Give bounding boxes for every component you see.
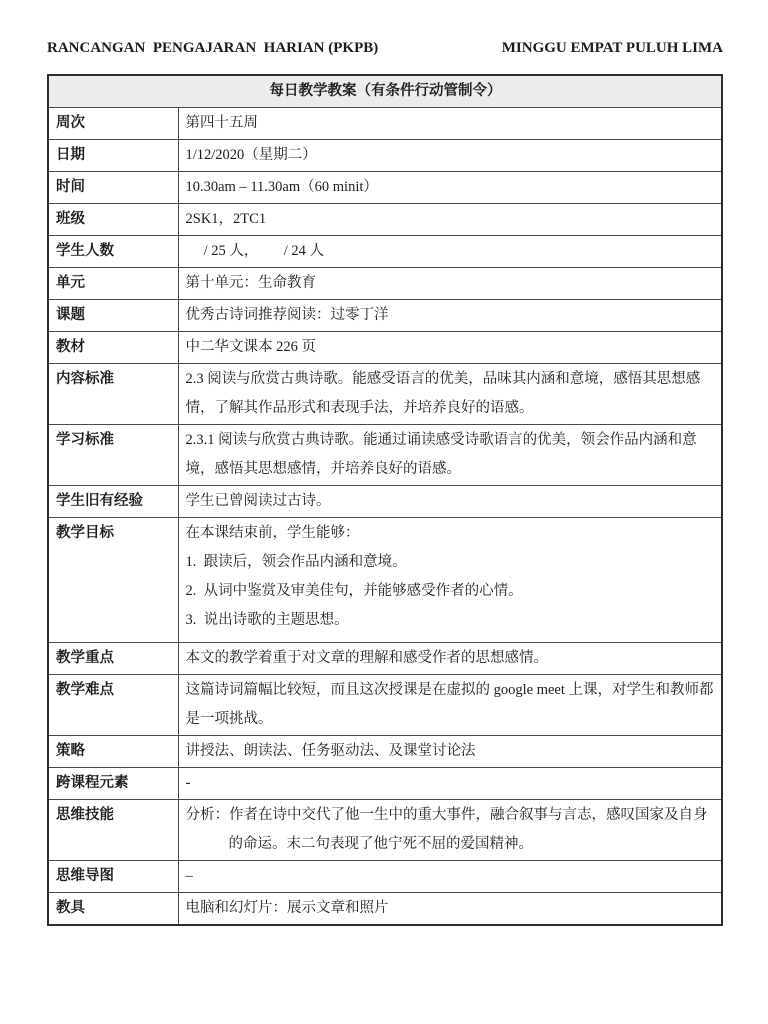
table-row-learning-standard: 学习标准 2.3.1 阅读与欣赏古典诗歌。能通过诵读感受诗歌语言的优美，领会作品… — [48, 425, 722, 486]
row-label: 思维导图 — [48, 861, 178, 893]
table-row-prior-experience: 学生旧有经验 学生已曾阅读过古诗。 — [48, 486, 722, 518]
row-label: 课题 — [48, 300, 178, 332]
row-label: 学习标准 — [48, 425, 178, 486]
row-value: 本文的教学着重于对文章的理解和感受作者的思想感情。 — [178, 643, 722, 675]
row-value: 这篇诗词篇幅比较短，而且这次授课是在虚拟的 google meet 上课，对学生… — [178, 675, 722, 736]
row-value: / 25 人， / 24 人 — [178, 236, 722, 268]
row-label: 内容标准 — [48, 364, 178, 425]
table-row-material: 教材 中二华文课本 226 页 — [48, 332, 722, 364]
table-row-week: 周次 第四十五周 — [48, 108, 722, 140]
table-row-topic: 课题 优秀古诗词推荐阅读：过零丁洋 — [48, 300, 722, 332]
row-value: 2.3 阅读与欣赏古典诗歌。能感受语言的优美，品味其内涵和意境，感悟其思想感情，… — [178, 364, 722, 425]
row-value: 2SK1，2TC1 — [178, 204, 722, 236]
table-row-class: 班级 2SK1，2TC1 — [48, 204, 722, 236]
table-row-time: 时间 10.30am – 11.30am（60 minit） — [48, 172, 722, 204]
row-label: 跨课程元素 — [48, 768, 178, 800]
header-title-right: MINGGU EMPAT PULUH LIMA — [502, 40, 723, 57]
row-label: 教学目标 — [48, 518, 178, 643]
row-label: 学生旧有经验 — [48, 486, 178, 518]
table-row-cross-curriculum: 跨课程元素 - — [48, 768, 722, 800]
row-value: 中二华文课本 226 页 — [178, 332, 722, 364]
table-row-content-standard: 内容标准 2.3 阅读与欣赏古典诗歌。能感受语言的优美，品味其内涵和意境，感悟其… — [48, 364, 722, 425]
table-row-unit: 单元 第十单元：生命教育 — [48, 268, 722, 300]
row-label: 教学重点 — [48, 643, 178, 675]
header-title-left: RANCANGAN PENGAJARAN HARIAN (PKPB) — [47, 40, 378, 57]
table-row-student-count: 学生人数 / 25 人， / 24 人 — [48, 236, 722, 268]
lesson-plan-table: 每日教学教案（有条件行动管制令） 周次 第四十五周 日期 1/12/2020（星… — [47, 74, 723, 926]
row-value: 2.3.1 阅读与欣赏古典诗歌。能通过诵读感受诗歌语言的优美，领会作品内涵和意境… — [178, 425, 722, 486]
row-value: 优秀古诗词推荐阅读：过零丁洋 — [178, 300, 722, 332]
table-title-row: 每日教学教案（有条件行动管制令） — [48, 75, 722, 108]
row-label: 教具 — [48, 893, 178, 926]
row-label: 日期 — [48, 140, 178, 172]
row-value: 第四十五周 — [178, 108, 722, 140]
row-value: - — [178, 768, 722, 800]
document-header: RANCANGAN PENGAJARAN HARIAN (PKPB) MINGG… — [47, 40, 723, 57]
table-row-thinking-skills: 思维技能 分析：作者在诗中交代了他一生中的重大事件，融合叙事与言志，感叹国家及自… — [48, 800, 722, 861]
table-row-teaching-focus: 教学重点 本文的教学着重于对文章的理解和感受作者的思想感情。 — [48, 643, 722, 675]
table-row-teaching-aids: 教具 电脑和幻灯片：展示文章和照片 — [48, 893, 722, 926]
row-value: 第十单元：生命教育 — [178, 268, 722, 300]
row-label: 班级 — [48, 204, 178, 236]
document-page: RANCANGAN PENGAJARAN HARIAN (PKPB) MINGG… — [0, 0, 768, 1024]
row-value: 10.30am – 11.30am（60 minit） — [178, 172, 722, 204]
row-value: – — [178, 861, 722, 893]
row-value: 在本课结束前，学生能够： 1. 跟读后，领会作品内涵和意境。 2. 从词中鉴赏及… — [178, 518, 722, 643]
table-row-teaching-difficulty: 教学难点 这篇诗词篇幅比较短，而且这次授课是在虚拟的 google meet 上… — [48, 675, 722, 736]
table-row-teaching-objectives: 教学目标 在本课结束前，学生能够： 1. 跟读后，领会作品内涵和意境。 2. 从… — [48, 518, 722, 643]
table-title: 每日教学教案（有条件行动管制令） — [48, 75, 722, 108]
row-label: 思维技能 — [48, 800, 178, 861]
row-label: 学生人数 — [48, 236, 178, 268]
row-label: 时间 — [48, 172, 178, 204]
table-row-mind-map: 思维导图 – — [48, 861, 722, 893]
row-value: 分析：作者在诗中交代了他一生中的重大事件，融合叙事与言志，感叹国家及自身的命运。… — [178, 800, 722, 861]
row-label: 单元 — [48, 268, 178, 300]
table-row-date: 日期 1/12/2020（星期二） — [48, 140, 722, 172]
row-label: 教材 — [48, 332, 178, 364]
row-label: 周次 — [48, 108, 178, 140]
row-value: 学生已曾阅读过古诗。 — [178, 486, 722, 518]
row-value: 讲授法、朗读法、任务驱动法、及课堂讨论法 — [178, 736, 722, 768]
row-label: 教学难点 — [48, 675, 178, 736]
table-row-strategy: 策略 讲授法、朗读法、任务驱动法、及课堂讨论法 — [48, 736, 722, 768]
row-value: 1/12/2020（星期二） — [178, 140, 722, 172]
row-label: 策略 — [48, 736, 178, 768]
row-value: 电脑和幻灯片：展示文章和照片 — [178, 893, 722, 926]
